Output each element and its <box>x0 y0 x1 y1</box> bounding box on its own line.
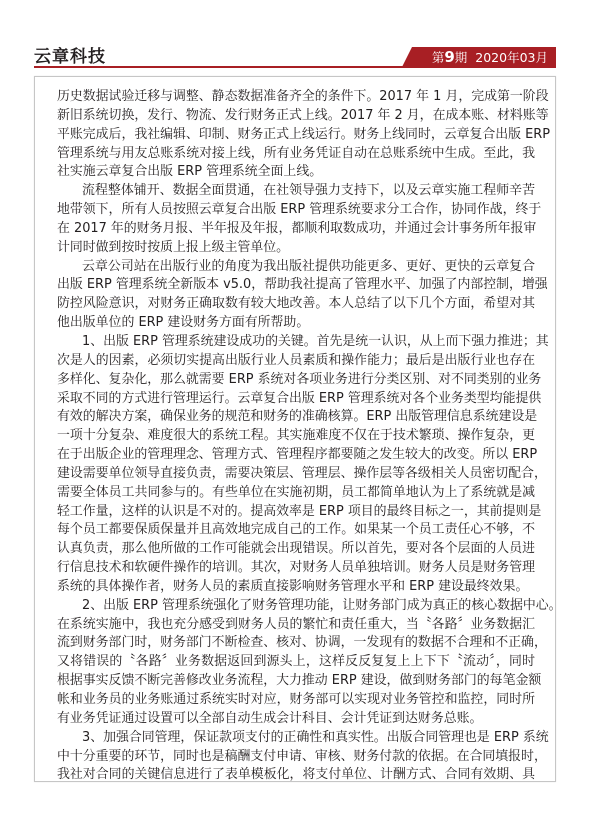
issue-prefix: 第 <box>432 50 445 65</box>
brand-title: 云章科技 <box>34 47 106 67</box>
text-line: 防控风险意识，对财务正确取数有较大地改善。本人总结了以下几个方面，希望对其 <box>57 295 535 314</box>
article-box: 历史数据试验迁移与调整、静态数据准备齐全的条件下。2017 年 1 月，完成第一… <box>34 76 556 782</box>
text-line: 在系统实施中，我也充分感受到财务人员的繁忙和责任重大，当〝各路〞业务数据汇 <box>57 616 535 635</box>
issue-number: 9 <box>444 48 454 66</box>
issue-suffix: 期 <box>455 50 468 65</box>
text-line: 有效的解决方案，确保业务的规范和财务的准确核算。ERP 出版管理信息系统建设是 <box>57 408 535 427</box>
text-line: 计同时做到按时按质上报上级主管单位。 <box>57 239 535 258</box>
text-line: 又将错误的〝各路〞业务数据返回到源头上，这样反反复复上上下下〝流动〞，同时 <box>57 653 535 672</box>
text-line: 采取不同的方式进行管理运行。云章复合出版 ERP 管理系统对各个业务类型均能提供 <box>57 390 535 409</box>
text-line: 1、出版 ERP 管理系统建设成功的关键。首先是统一认识，从上而下强力推进；其 <box>57 333 535 352</box>
text-line: 有业务凭证通过设置可以全部自动生成会计科目、会计凭证到达财务总账。 <box>57 710 535 729</box>
text-line: 轻工作量，这样的认识是不对的。提高效率是 ERP 项目的最终目标之一，其前提则是 <box>57 503 535 522</box>
text-line: 次是人的因素，必须切实提高出版行业人员素质和操作能力；最后是出版行业也存在 <box>57 352 535 371</box>
text-line: 根据事实反馈不断完善修改业务流程，大力推动 ERP 建设，做到财务部门的每笔金额 <box>57 672 535 691</box>
text-line: 每个员工都要保质保量并且高效地完成自己的工作。如果某一个员工责任心不够，不 <box>57 521 535 540</box>
text-line: 行信息技术和软硬件操作的培训。其次，对财务人员单独培训。财务人员是财务管理 <box>57 559 535 578</box>
text-line: 他出版单位的 ERP 建设财务方面有所帮助。 <box>57 314 535 333</box>
issue-badge: 第9期2020年03月 <box>402 47 556 67</box>
page-header: 云章科技 第9期2020年03月 <box>34 44 556 68</box>
text-line: 3、加强合同管理，保证款项支付的正确性和真实性。出版合同管理也是 ERP 系统 <box>57 729 535 748</box>
article-body: 历史数据试验迁移与调整、静态数据准备齐全的条件下。2017 年 1 月，完成第一… <box>57 88 535 785</box>
text-line: 建设需要单位领导直接负责，需要决策层、管理层、操作层等各级相关人员密切配合， <box>57 465 535 484</box>
text-line: 帐和业务员的业务账通过系统实时对应，财务部可以实现对业务管控和监控，同时所 <box>57 691 535 710</box>
text-line: 云章公司站在出版行业的角度为我出版社提供功能更多、更好、更快的云章复合 <box>57 258 535 277</box>
text-line: 多样化、复杂化，那么就需要 ERP 系统对各项业务进行分类区别、对不同类别的业务 <box>57 371 535 390</box>
text-line: 历史数据试验迁移与调整、静态数据准备齐全的条件下。2017 年 1 月，完成第一… <box>57 88 535 107</box>
text-line: 一项十分复杂、难度很大的系统工程。其实施难度不仅在于技术繁琐、操作复杂，更 <box>57 427 535 446</box>
text-line: 地带领下，所有人员按照云章复合出版 ERP 管理系统要求分工合作，协同作战，终于 <box>57 201 535 220</box>
text-line: 2、出版 ERP 管理系统强化了财务管理功能，让财务部门成为真正的核心数据中心。 <box>57 597 535 616</box>
text-line: 社实施云章复合出版 ERP 管理系统全面上线。 <box>57 163 535 182</box>
text-line: 我社对合同的关键信息进行了表单模板化，将支付单位、计酬方式、合同有效期、具 <box>57 766 535 785</box>
text-line: 中十分重要的环节，同时也是稿酬支付申请、审核、财务付款的依据。在合同填报时， <box>57 748 535 767</box>
text-line: 出版 ERP 管理系统全新版本 v5.0，帮助我社提高了管理水平、加强了内部控制… <box>57 276 535 295</box>
text-line: 认真负责，那么他所做的工作可能就会出现错误。所以首先，要对各个层面的人员进 <box>57 540 535 559</box>
text-line: 在 2017 年的财务月报、半年报及年报，都顺利取数成功，并通过会计事务所年报审 <box>57 220 535 239</box>
text-line: 在于出版企业的管理理念、管理方式、管理程序都要随之发生较大的改变。所以 ERP <box>57 446 535 465</box>
text-line: 流到财务部门时，财务部门不断检查、核对、协调，一发现有的数据不合理和不正确， <box>57 634 535 653</box>
text-line: 管理系统与用友总账系统对接上线，所有业务凭证自动在总账系统中生成。至此，我 <box>57 145 535 164</box>
text-line: 平账完成后，我社编辑、印制、财务正式上线运行。财务上线同时，云章复合出版 ERP <box>57 126 535 145</box>
issue-date: 2020年03月 <box>475 50 548 65</box>
text-line: 新旧系统切换，发行、物流、发行财务正式上线。2017 年 2 月，在成本账、材料… <box>57 107 535 126</box>
text-line: 系统的具体操作者，财务人员的素质直接影响财务管理水平和 ERP 建设最终效果。 <box>57 578 535 597</box>
text-line: 流程整体铺开、数据全面贯通，在社领导强力支持下，以及云章实施工程师辛苦 <box>57 182 535 201</box>
text-line: 需要全体员工共同参与的。有些单位在实施初期，员工都简单地认为上了系统就是减 <box>57 484 535 503</box>
